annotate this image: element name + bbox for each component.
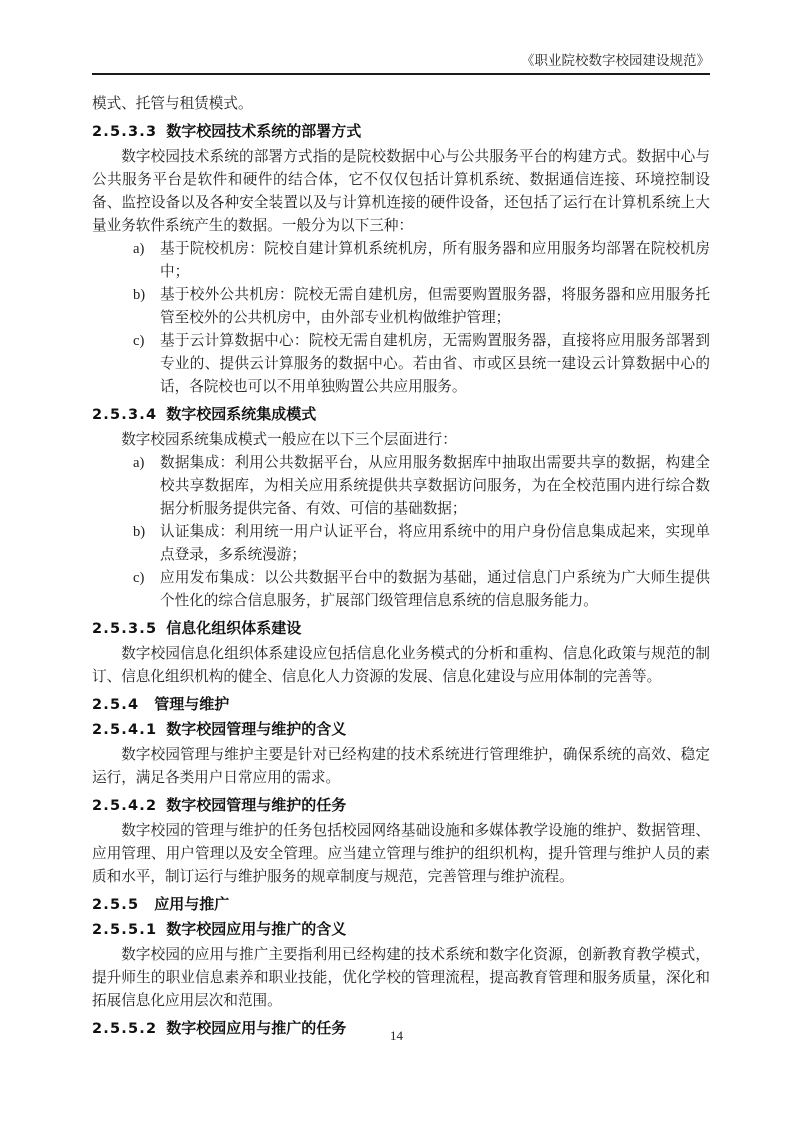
list-item-text: 基于校外公共机房：院校无需自建机房，但需要购置服务器，将服务器和应用服务托管至校… (160, 284, 710, 330)
integration-modes-list: a)数据集成：利用公共数据平台，从应用服务数据库中抽取出需要共享的数据，构建全校… (92, 452, 710, 613)
heading-number: 2.5.3.5 (92, 621, 157, 637)
section-heading-2-5-3-5: 2.5.3.5信息化组织体系建设 (92, 620, 710, 638)
paragraph: 数字校园的管理与维护的任务包括校园网络基础设施和多媒体教学设施的维护、数据管理、… (92, 820, 710, 889)
list-marker: a) (133, 452, 160, 521)
list-item-text: 基于云计算数据中心：院校无需自建机房，无需购置服务器，直接将应用服务部署到专业的… (160, 330, 710, 399)
list-item: a)基于院校机房：院校自建计算机系统机房，所有服务器和应用服务均部署在院校机房中… (92, 238, 710, 284)
paragraph: 数字校园管理与维护主要是针对已经构建的技术系统进行管理维护，确保系统的高效、稳定… (92, 744, 710, 790)
paragraph: 数字校园信息化组织体系建设应包括信息化业务模式的分析和重构、信息化政策与规范的制… (92, 643, 710, 689)
section-heading-2-5-3-4: 2.5.3.4数字校园系统集成模式 (92, 406, 710, 424)
paragraph: 数字校园技术系统的部署方式指的是院校数据中心与公共服务平台的构建方式。数据中心与… (92, 146, 710, 238)
paragraph-continuation: 模式、托管与租赁模式。 (92, 93, 710, 116)
heading-number: 2.5.3.4 (92, 407, 157, 423)
heading-number: 2.5.3.3 (92, 124, 157, 140)
heading-title: 数字校园管理与维护的含义 (166, 721, 346, 738)
list-item: b)认证集成：利用统一用户认证平台，将应用系统中的用户身份信息集成起来，实现单点… (92, 521, 710, 567)
document-body: 模式、托管与租赁模式。 2.5.3.3数字校园技术系统的部署方式 数字校园技术系… (92, 93, 710, 1038)
list-item: b)基于校外公共机房：院校无需自建机房，但需要购置服务器，将服务器和应用服务托管… (92, 284, 710, 330)
list-item: c)基于云计算数据中心：院校无需自建机房，无需购置服务器，直接将应用服务部署到专… (92, 330, 710, 399)
page-number: 14 (0, 1028, 793, 1044)
list-marker: b) (133, 521, 160, 567)
document-page: 《职业院校数字校园建设规范》 模式、托管与租赁模式。 2.5.3.3数字校园技术… (0, 0, 793, 1122)
list-item-text: 应用发布集成：以公共数据平台中的数据为基础，通过信息门户系统为广大师生提供个性化… (160, 567, 710, 613)
section-heading-2-5-4-1: 2.5.4.1数字校园管理与维护的含义 (92, 721, 710, 739)
heading-number: 2.5.4.1 (92, 722, 157, 738)
heading-number: 2.5.4 (92, 697, 139, 713)
heading-title: 信息化组织体系建设 (166, 620, 301, 637)
list-item-text: 数据集成：利用公共数据平台，从应用服务数据库中抽取出需要共享的数据，构建全校共享… (160, 452, 710, 521)
heading-title: 数字校园管理与维护的任务 (166, 797, 346, 814)
list-item-text: 认证集成：利用统一用户认证平台，将应用系统中的用户身份信息集成起来，实现单点登录… (160, 521, 710, 567)
list-item: a)数据集成：利用公共数据平台，从应用服务数据库中抽取出需要共享的数据，构建全校… (92, 452, 710, 521)
section-heading-2-5-4: 2.5.4管理与维护 (92, 696, 710, 714)
section-heading-2-5-3-3: 2.5.3.3数字校园技术系统的部署方式 (92, 123, 710, 141)
header-rule (92, 73, 710, 75)
section-heading-2-5-5-1: 2.5.5.1数字校园应用与推广的含义 (92, 921, 710, 939)
heading-title: 管理与维护 (154, 696, 229, 713)
paragraph: 数字校园的应用与推广主要指利用已经构建的技术系统和数字化资源，创新教育教学模式，… (92, 944, 710, 1013)
list-item-text: 基于院校机房：院校自建计算机系统机房，所有服务器和应用服务均部署在院校机房中； (160, 238, 710, 284)
deployment-modes-list: a)基于院校机房：院校自建计算机系统机房，所有服务器和应用服务均部署在院校机房中… (92, 238, 710, 399)
section-heading-2-5-4-2: 2.5.4.2数字校园管理与维护的任务 (92, 797, 710, 815)
list-marker: b) (133, 284, 160, 330)
heading-number: 2.5.5 (92, 897, 139, 913)
heading-title: 数字校园应用与推广的含义 (166, 921, 346, 938)
paragraph: 数字校园系统集成模式一般应在以下三个层面进行： (92, 429, 710, 452)
section-heading-2-5-5: 2.5.5应用与推广 (92, 896, 710, 914)
page-header: 《职业院校数字校园建设规范》 (92, 0, 710, 75)
list-item: c)应用发布集成：以公共数据平台中的数据为基础，通过信息门户系统为广大师生提供个… (92, 567, 710, 613)
heading-title: 数字校园系统集成模式 (166, 406, 316, 423)
heading-number: 2.5.5.1 (92, 922, 157, 938)
heading-title: 应用与推广 (154, 896, 229, 913)
heading-title: 数字校园技术系统的部署方式 (166, 123, 361, 140)
list-marker: a) (133, 238, 160, 284)
list-marker: c) (133, 567, 160, 613)
running-head-doc-title: 《职业院校数字校园建设规范》 (92, 0, 710, 70)
heading-number: 2.5.4.2 (92, 798, 157, 814)
list-marker: c) (133, 330, 160, 399)
